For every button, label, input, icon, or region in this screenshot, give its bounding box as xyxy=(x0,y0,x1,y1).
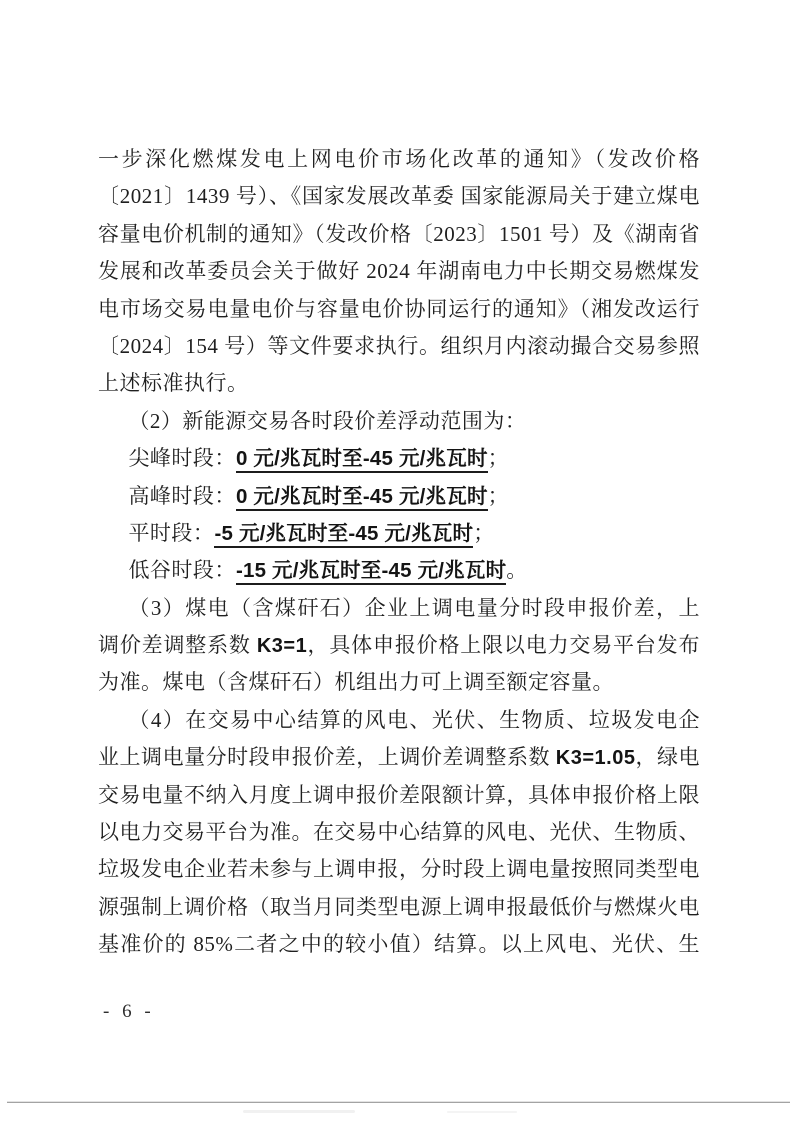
k3-coefficient: K3=1.05 xyxy=(556,747,636,769)
section-2-heading: （2）新能源交易各时段价差浮动范围为： xyxy=(98,403,700,440)
price-range-line-valley: 低谷时段：-15 元/兆瓦时至-45 元/兆瓦时。 xyxy=(98,552,700,589)
body-text: 源强制上调价格（取当月同类型电源上调申报最低价与燃煤火电 xyxy=(98,895,700,919)
body-line: 〔2024〕154 号）等文件要求执行。组织月内滚动撮合交易参照 xyxy=(98,328,700,365)
body-line: 电市场交易电量电价与容量电价协同运行的通知》（湘发改运行 xyxy=(98,291,700,328)
body-text: 一步深化燃煤发电上网电价市场化改革的通知》（发改价格 xyxy=(98,147,700,171)
body-text: ，具体申报价格上限以电力交易平台发布 xyxy=(307,633,700,657)
period-label: 尖峰时段： xyxy=(128,446,236,470)
body-text: ，绿电 xyxy=(635,745,700,769)
body-text: 电市场交易电量电价与容量电价协同运行的通知》（湘发改运行 xyxy=(98,297,700,321)
section-4-line: 源强制上调价格（取当月同类型电源上调申报最低价与燃煤火电 xyxy=(98,889,700,926)
price-range-value: -5 元/兆瓦时至-45 元/兆瓦时 xyxy=(214,522,473,548)
price-range-line-flat: 平时段：-5 元/兆瓦时至-45 元/兆瓦时； xyxy=(98,515,700,552)
body-text: 〔2024〕154 号）等文件要求执行。组织月内滚动撮合交易参照 xyxy=(98,334,700,358)
body-line: 容量电价机制的通知》（发改价格〔2023〕1501 号）及《湖南省 xyxy=(98,216,700,253)
price-range-value: 0 元/兆瓦时至-45 元/兆瓦时 xyxy=(236,447,488,473)
body-line: 上述标准执行。 xyxy=(98,365,700,402)
body-line: 〔2021〕1439 号）、《国家发展改革委 国家能源局关于建立煤电 xyxy=(98,178,700,215)
scan-artifact-line xyxy=(7,1102,790,1103)
document-body: 一步深化燃煤发电上网电价市场化改革的通知》（发改价格 〔2021〕1439 号）… xyxy=(98,141,700,964)
section-4-line: （4）在交易中心结算的风电、光伏、生物质、垃圾发电企 xyxy=(98,702,700,739)
period-label: 平时段： xyxy=(128,521,214,545)
section-4-line: 基准价的 85%二者之中的较小值）结算。以上风电、光伏、生物 xyxy=(98,926,700,963)
body-line: 一步深化燃煤发电上网电价市场化改革的通知》（发改价格 xyxy=(98,141,700,178)
section-4-line: 垃圾发电企业若未参与上调申报，分时段上调电量按照同类型电 xyxy=(98,851,700,888)
body-text: （2）新能源交易各时段价差浮动范围为： xyxy=(128,409,526,433)
body-text: 垃圾发电企业若未参与上调申报，分时段上调电量按照同类型电 xyxy=(98,857,700,881)
section-4-line: 交易电量不纳入月度上调申报价差限额计算，具体申报价格上限 xyxy=(98,777,700,814)
line-tail: 。 xyxy=(506,558,528,582)
page-number: - 6 - xyxy=(103,1001,155,1023)
k3-coefficient: K3=1 xyxy=(257,635,307,657)
line-tail: ； xyxy=(488,484,510,508)
section-3-line: 为准。煤电（含煤矸石）机组出力可上调至额定容量。 xyxy=(98,664,700,701)
body-text: （3）煤电（含煤矸石）企业上调电量分时段申报价差，上 xyxy=(128,596,700,620)
price-range-line-peak: 尖峰时段：0 元/兆瓦时至-45 元/兆瓦时； xyxy=(98,440,700,477)
body-text: 交易电量不纳入月度上调申报价差限额计算，具体申报价格上限 xyxy=(98,783,700,807)
body-text: 基准价的 85%二者之中的较小值）结算。以上风电、光伏、生物 xyxy=(98,932,700,963)
body-text: 上述标准执行。 xyxy=(98,371,249,395)
body-text: 业上调电量分时段申报价差，上调价差调整系数 xyxy=(98,745,556,769)
body-text: 容量电价机制的通知》（发改价格〔2023〕1501 号）及《湖南省 xyxy=(98,222,700,246)
body-text: 调价差调整系数 xyxy=(98,633,257,657)
body-text: （4）在交易中心结算的风电、光伏、生物质、垃圾发电企 xyxy=(128,708,700,732)
body-text: 发展和改革委员会关于做好 2024 年湖南电力中长期交易燃煤发 xyxy=(98,259,700,283)
body-text: 为准。煤电（含煤矸石）机组出力可上调至额定容量。 xyxy=(98,670,614,694)
period-label: 低谷时段： xyxy=(128,558,236,582)
price-range-line-high: 高峰时段：0 元/兆瓦时至-45 元/兆瓦时； xyxy=(98,478,700,515)
price-range-value: -15 元/兆瓦时至-45 元/兆瓦时 xyxy=(236,559,506,585)
section-3-line: 调价差调整系数 K3=1，具体申报价格上限以电力交易平台发布 xyxy=(98,627,700,664)
scanned-document-page: 一步深化燃煤发电上网电价市场化改革的通知》（发改价格 〔2021〕1439 号）… xyxy=(0,0,794,1123)
period-label: 高峰时段： xyxy=(128,484,236,508)
price-range-value: 0 元/兆瓦时至-45 元/兆瓦时 xyxy=(236,485,488,511)
section-4-line: 以电力交易平台为准。在交易中心结算的风电、光伏、生物质、 xyxy=(98,814,700,851)
line-tail: ； xyxy=(488,446,510,470)
body-text: 〔2021〕1439 号）、《国家发展改革委 国家能源局关于建立煤电 xyxy=(98,184,700,208)
section-4-line: 业上调电量分时段申报价差，上调价差调整系数 K3=1.05，绿电 xyxy=(98,739,700,776)
line-tail: ； xyxy=(473,521,495,545)
body-text: 以电力交易平台为准。在交易中心结算的风电、光伏、生物质、 xyxy=(98,820,700,844)
scan-artifact-smudge xyxy=(243,1110,355,1113)
scan-artifact-smudge xyxy=(447,1111,517,1113)
body-line: 发展和改革委员会关于做好 2024 年湖南电力中长期交易燃煤发 xyxy=(98,253,700,290)
section-3-line: （3）煤电（含煤矸石）企业上调电量分时段申报价差，上 xyxy=(98,590,700,627)
